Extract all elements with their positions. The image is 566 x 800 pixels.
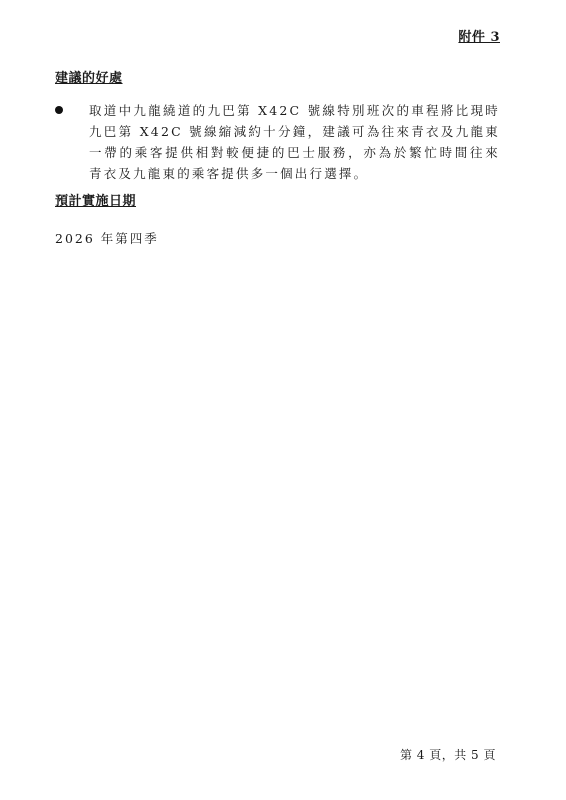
implementation-heading: 預計實施日期 [55,190,136,209]
benefits-heading: 建議的好處 [55,67,123,86]
benefits-bullet-item: 取道中九龍繞道的九巴第 X42C 號線特別班次的車程將比現時九巴第 X42C 號… [55,100,500,184]
benefits-paragraph: 取道中九龍繞道的九巴第 X42C 號線特別班次的車程將比現時九巴第 X42C 號… [89,100,500,184]
page-number: 第 4 頁，共 5 頁 [400,746,496,763]
bullet-icon [55,100,89,184]
annex-label: 附件 3 [458,26,500,45]
implementation-date: 2026 年第四季 [55,229,159,247]
